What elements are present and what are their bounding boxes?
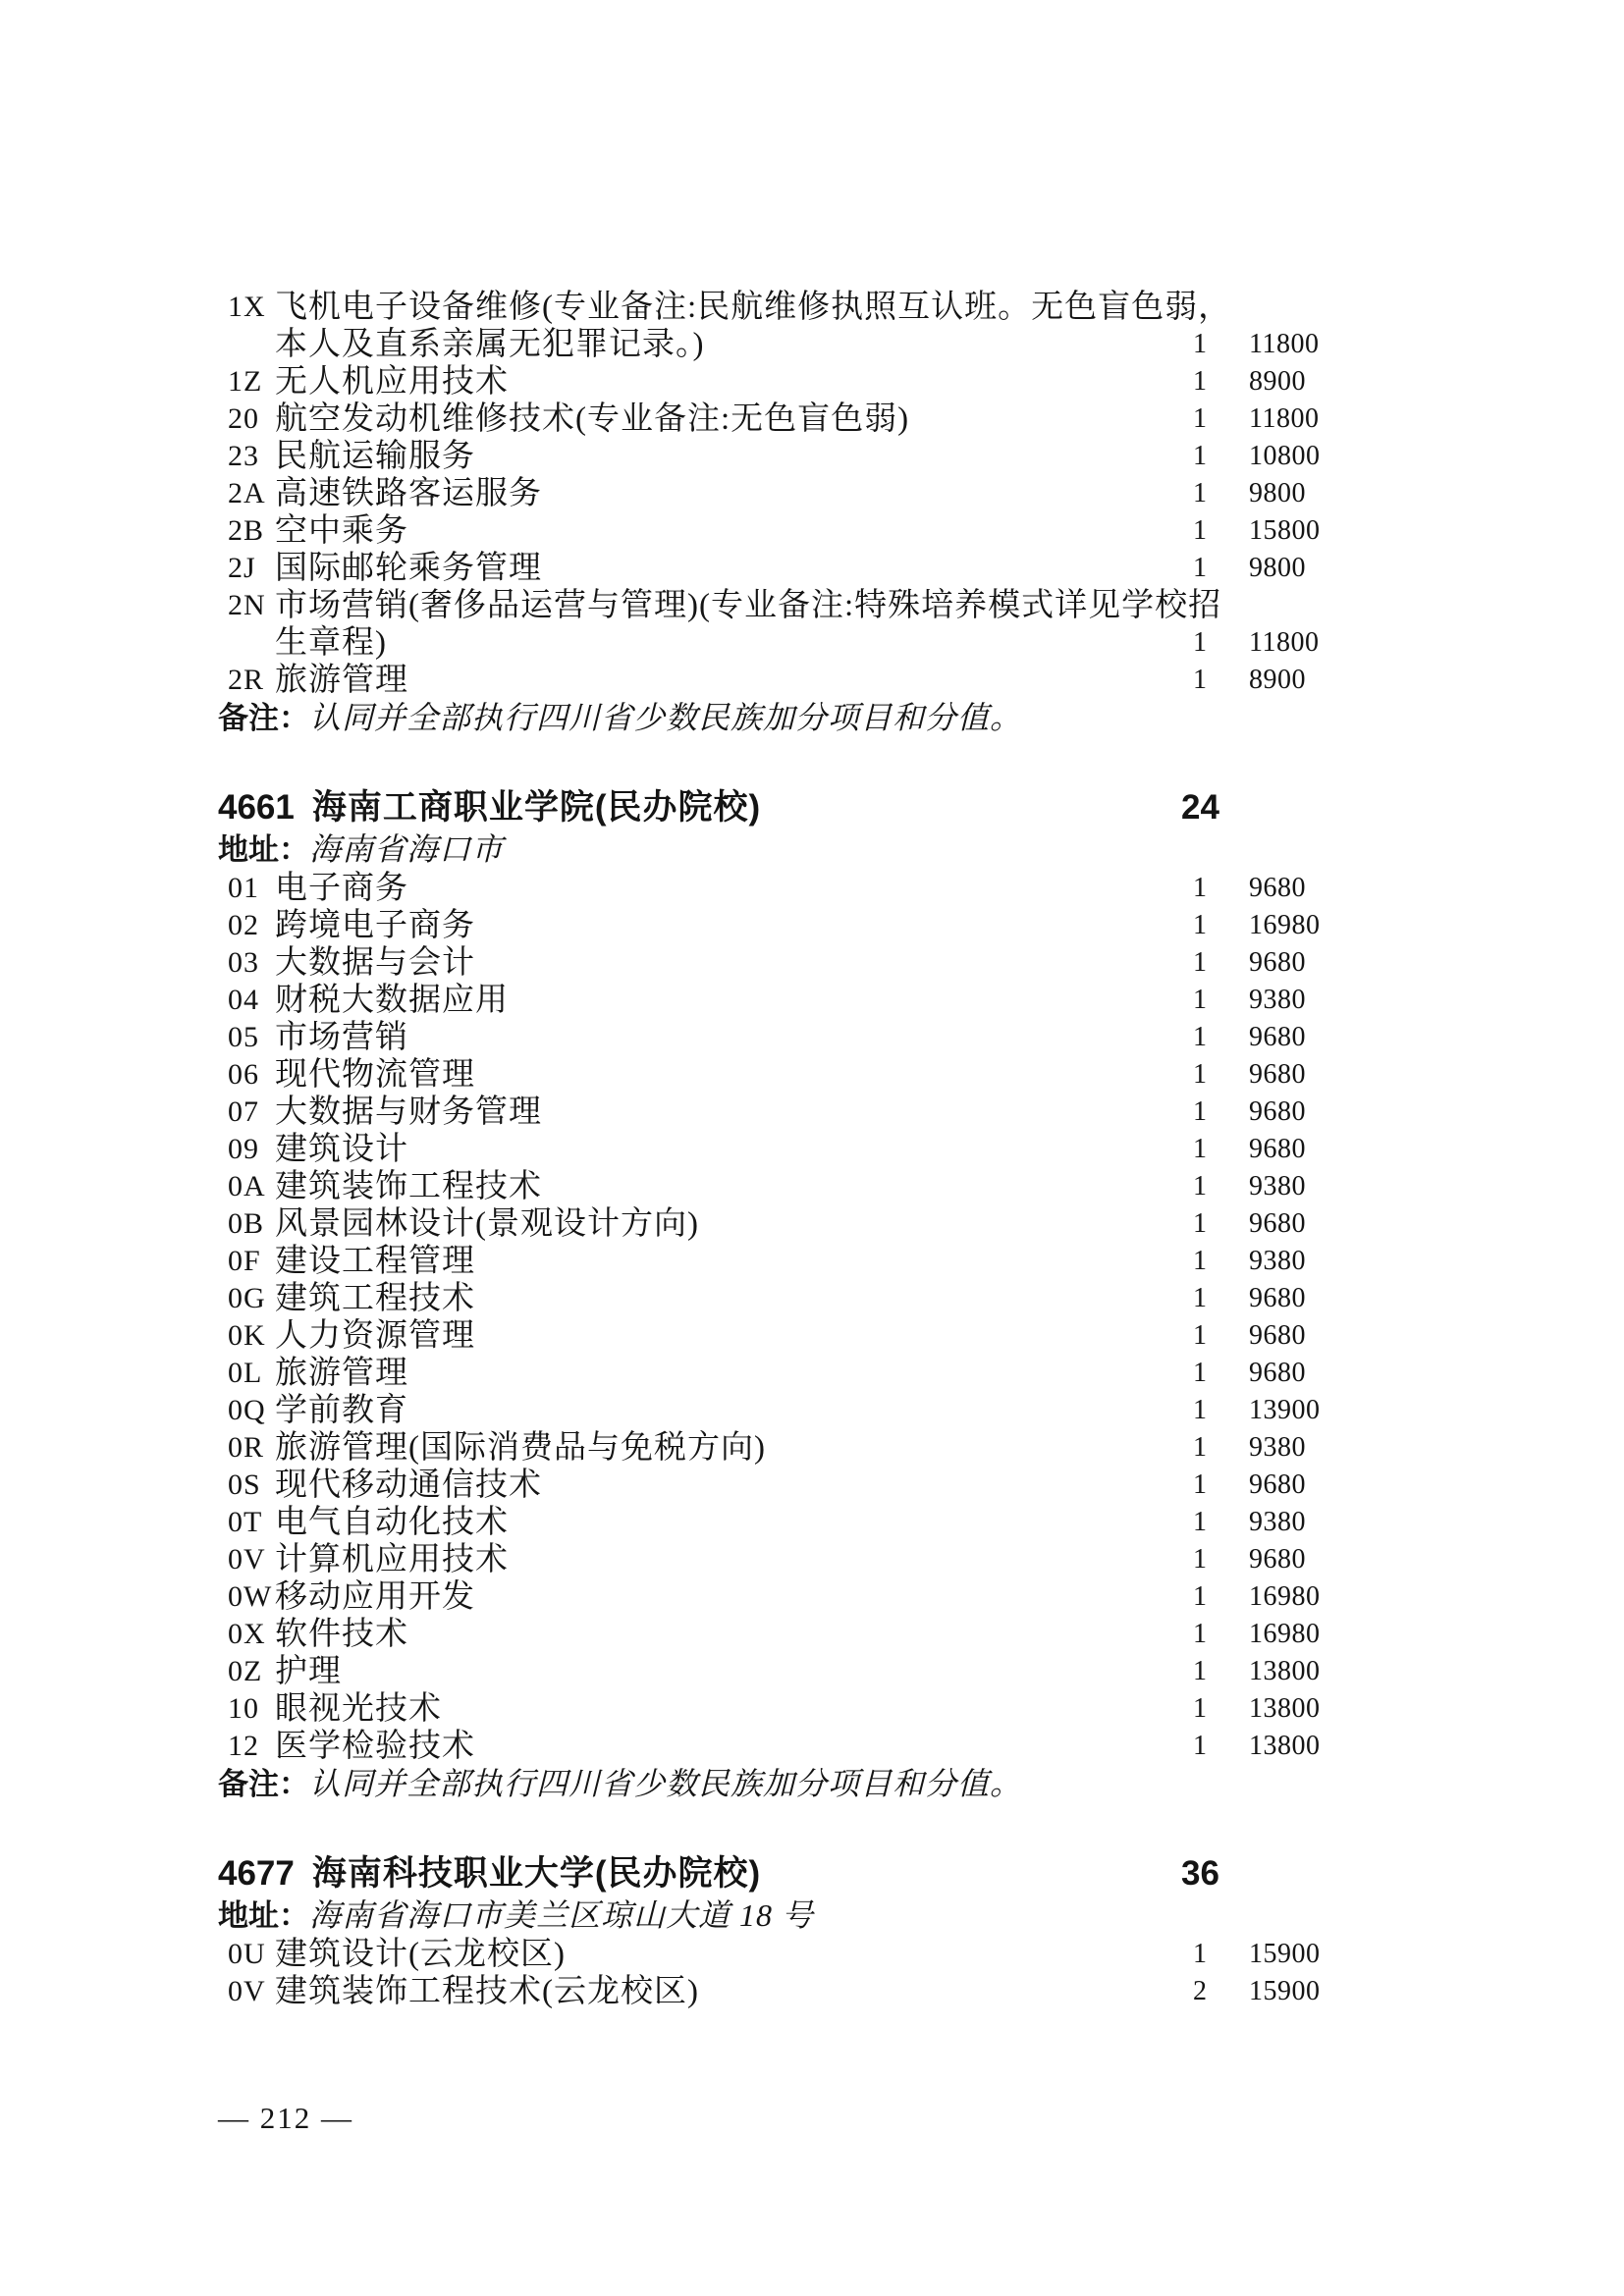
major-name: 市场营销 <box>275 1019 1624 1056</box>
major-name: 医学检验技术 <box>275 1728 1624 1765</box>
plan-count: 1 <box>1185 512 1215 550</box>
major-code: 0R <box>228 1429 264 1467</box>
tuition-fee: 8900 <box>1249 662 1306 699</box>
plan-count: 1 <box>1185 907 1215 944</box>
major-code: 1X <box>228 289 266 326</box>
school-section-4677: 4677海南科技职业大学(民办院校)36 地址：海南省海口市美兰区琼山大道 18… <box>0 1852 1624 2010</box>
major-code: 02 <box>228 907 259 944</box>
major-name: 眼视光技术 <box>275 1690 1624 1728</box>
plan-count: 1 <box>1185 475 1215 512</box>
major-row: 06 现代物流管理 1 9680 <box>228 1056 1624 1094</box>
school-code: 4677 <box>218 1854 295 1893</box>
tuition-fee: 9680 <box>1249 1317 1306 1355</box>
major-code: 2N <box>228 587 266 624</box>
major-name: 电气自动化技术 <box>275 1504 1624 1541</box>
major-row: 0V 建筑装饰工程技术(云龙校区) 2 15900 <box>228 1973 1624 2010</box>
plan-count: 2 <box>1185 1973 1215 2010</box>
address: 地址：海南省海口市美兰区琼山大道 18 号 <box>218 1896 1624 1936</box>
plan-count: 1 <box>1185 870 1215 907</box>
major-name: 现代移动通信技术 <box>275 1467 1624 1504</box>
plan-count: 1 <box>1185 400 1215 438</box>
tuition-fee: 8900 <box>1249 363 1306 400</box>
tuition-fee: 9680 <box>1249 1280 1306 1317</box>
major-name: 建筑工程技术 <box>275 1280 1624 1317</box>
major-code: 05 <box>228 1019 259 1056</box>
major-row: 0T 电气自动化技术 1 9380 <box>228 1504 1624 1541</box>
school-plan-total: 36 <box>1181 1852 1219 1896</box>
plan-count: 1 <box>1185 1355 1215 1392</box>
plan-count: 1 <box>1185 1392 1215 1429</box>
note-label: 备注： <box>218 1767 309 1801</box>
major-code: 12 <box>228 1728 259 1765</box>
plan-count: 1 <box>1185 1541 1215 1578</box>
tuition-fee: 11800 <box>1249 326 1319 363</box>
major-row: 09 建筑设计 1 9680 <box>228 1131 1624 1168</box>
tuition-fee: 9380 <box>1249 1168 1306 1205</box>
major-name: 移动应用开发 <box>275 1578 1624 1616</box>
major-code: 0F <box>228 1243 261 1280</box>
school-code: 4661 <box>218 788 295 827</box>
tuition-fee: 11800 <box>1249 400 1319 438</box>
major-row: 0X 软件技术 1 16980 <box>228 1616 1624 1653</box>
tuition-fee: 9680 <box>1249 944 1306 982</box>
major-code: 07 <box>228 1094 259 1131</box>
major-row: 20 航空发动机维修技术(专业备注:无色盲色弱) 1 11800 <box>228 400 1624 438</box>
plan-count: 1 <box>1185 944 1215 982</box>
tuition-fee: 13800 <box>1249 1653 1321 1690</box>
major-name: 建筑设计(云龙校区) <box>275 1936 1624 1973</box>
tuition-fee: 9680 <box>1249 1355 1306 1392</box>
plan-count: 1 <box>1185 1317 1215 1355</box>
tuition-fee: 9380 <box>1249 1504 1306 1541</box>
plan-count: 1 <box>1185 1280 1215 1317</box>
major-name: 现代物流管理 <box>275 1056 1624 1094</box>
tuition-fee: 13900 <box>1249 1392 1321 1429</box>
major-name: 旅游管理 <box>275 1355 1624 1392</box>
plan-count: 1 <box>1185 1019 1215 1056</box>
tuition-fee: 9680 <box>1249 1467 1306 1504</box>
tuition-fee: 15900 <box>1249 1973 1321 2010</box>
major-code: 01 <box>228 870 259 907</box>
school-name: 海南科技职业大学(民办院校) <box>312 1854 761 1893</box>
major-code: 03 <box>228 944 259 982</box>
major-row: 0R 旅游管理(国际消费品与免税方向) 1 9380 <box>228 1429 1624 1467</box>
major-row: 03 大数据与会计 1 9680 <box>228 944 1624 982</box>
plan-count: 1 <box>1185 1653 1215 1690</box>
major-name: 大数据与财务管理 <box>275 1094 1624 1131</box>
major-row: 05 市场营销 1 9680 <box>228 1019 1624 1056</box>
major-code: 0Z <box>228 1653 262 1690</box>
major-code: 0Q <box>228 1392 266 1429</box>
major-name: 风景园林设计(景观设计方向) <box>275 1205 1624 1243</box>
major-code: 1Z <box>228 363 262 400</box>
tuition-fee: 16980 <box>1249 907 1321 944</box>
plan-count: 1 <box>1185 1616 1215 1653</box>
major-name: 旅游管理 <box>275 662 1624 699</box>
major-name: 民航运输服务 <box>275 438 1624 475</box>
major-row: 0F 建设工程管理 1 9380 <box>228 1243 1624 1280</box>
address-text: 海南省海口市美兰区琼山大道 18 号 <box>309 1897 814 1933</box>
tuition-fee: 9680 <box>1249 1094 1306 1131</box>
address-label: 地址： <box>218 1898 309 1933</box>
plan-count: 1 <box>1185 363 1215 400</box>
school-section-4661: 4661海南工商职业学院(民办院校)24 地址：海南省海口市 01 电子商务 1… <box>0 786 1624 1803</box>
major-name: 空中乘务 <box>275 512 1624 550</box>
plan-count: 1 <box>1185 1690 1215 1728</box>
tuition-fee: 9380 <box>1249 1429 1306 1467</box>
major-rows: 0U 建筑设计(云龙校区) 1 15900 0V 建筑装饰工程技术(云龙校区) … <box>228 1936 1624 2010</box>
school-name: 海南工商职业学院(民办院校) <box>312 788 761 827</box>
major-row: 2B 空中乘务 1 15800 <box>228 512 1624 550</box>
note-text: 认同并全部执行四川省少数民族加分项目和分值。 <box>309 1766 1022 1801</box>
tuition-fee: 9680 <box>1249 1131 1306 1168</box>
major-name: 市场营销(奢侈品运营与管理)(专业备注:特殊培养模式详见学校招生章程) <box>275 587 1624 662</box>
major-row: 0U 建筑设计(云龙校区) 1 15900 <box>228 1936 1624 1973</box>
tuition-fee: 9680 <box>1249 1205 1306 1243</box>
plan-count: 1 <box>1185 1056 1215 1094</box>
major-row: 04 财税大数据应用 1 9380 <box>228 982 1624 1019</box>
major-name: 建筑装饰工程技术 <box>275 1168 1624 1205</box>
major-code: 04 <box>228 982 259 1019</box>
plan-count: 1 <box>1185 982 1215 1019</box>
document-page: 1X 飞机电子设备维修(专业备注:民航维修执照互认班。无色盲色弱，本人及直系亲属… <box>0 0 1624 2296</box>
major-row: 0Z 护理 1 13800 <box>228 1653 1624 1690</box>
major-code: 2A <box>228 475 266 512</box>
major-code: 0T <box>228 1504 262 1541</box>
major-code: 0V <box>228 1973 266 2010</box>
major-row: 0L 旅游管理 1 9680 <box>228 1355 1624 1392</box>
major-name: 软件技术 <box>275 1616 1624 1653</box>
tuition-fee: 9800 <box>1249 475 1306 512</box>
page-content: 1X 飞机电子设备维修(专业备注:民航维修执照互认班。无色盲色弱，本人及直系亲属… <box>0 0 1624 2010</box>
major-name: 建筑设计 <box>275 1131 1624 1168</box>
plan-count: 1 <box>1185 662 1215 699</box>
major-name: 高速铁路客运服务 <box>275 475 1624 512</box>
tuition-fee: 9380 <box>1249 982 1306 1019</box>
major-code: 0L <box>228 1355 262 1392</box>
tuition-fee: 9680 <box>1249 1019 1306 1056</box>
major-code: 23 <box>228 438 259 475</box>
major-name: 跨境电子商务 <box>275 907 1624 944</box>
major-row: 0S 现代移动通信技术 1 9680 <box>228 1467 1624 1504</box>
plan-count: 1 <box>1185 1243 1215 1280</box>
major-name: 学前教育 <box>275 1392 1624 1429</box>
major-name: 旅游管理(国际消费品与免税方向) <box>275 1429 1624 1467</box>
major-name: 财税大数据应用 <box>275 982 1624 1019</box>
tuition-fee: 9680 <box>1249 1056 1306 1094</box>
major-row: 0A 建筑装饰工程技术 1 9380 <box>228 1168 1624 1205</box>
plan-count: 1 <box>1185 1467 1215 1504</box>
tuition-fee: 9380 <box>1249 1243 1306 1280</box>
major-code: 0G <box>228 1280 266 1317</box>
major-row: 02 跨境电子商务 1 16980 <box>228 907 1624 944</box>
address-text: 海南省海口市 <box>309 831 504 867</box>
major-code: 2B <box>228 512 264 550</box>
school-plan-total: 24 <box>1181 786 1219 829</box>
major-code: 2R <box>228 662 264 699</box>
tuition-fee: 15800 <box>1249 512 1321 550</box>
major-row: 12 医学检验技术 1 13800 <box>228 1728 1624 1765</box>
major-row: 10 眼视光技术 1 13800 <box>228 1690 1624 1728</box>
plan-count: 1 <box>1185 1936 1215 1973</box>
major-code: 06 <box>228 1056 259 1094</box>
major-row: 0W 移动应用开发 1 16980 <box>228 1578 1624 1616</box>
note-label: 备注： <box>218 701 309 735</box>
major-name: 人力资源管理 <box>275 1317 1624 1355</box>
plan-count: 1 <box>1185 1728 1215 1765</box>
plan-count: 1 <box>1185 624 1215 662</box>
tuition-fee: 9800 <box>1249 550 1306 587</box>
plan-count: 1 <box>1185 1168 1215 1205</box>
tuition-fee: 16980 <box>1249 1616 1321 1653</box>
plan-count: 1 <box>1185 1205 1215 1243</box>
major-row: 0K 人力资源管理 1 9680 <box>228 1317 1624 1355</box>
plan-count: 1 <box>1185 1131 1215 1168</box>
major-row: 0Q 学前教育 1 13900 <box>228 1392 1624 1429</box>
plan-count: 1 <box>1185 1504 1215 1541</box>
page-number: — 212 — <box>218 2101 353 2136</box>
major-row: 1Z 无人机应用技术 1 8900 <box>228 363 1624 400</box>
note-text: 认同并全部执行四川省少数民族加分项目和分值。 <box>309 700 1022 735</box>
major-name: 计算机应用技术 <box>275 1541 1624 1578</box>
major-name: 无人机应用技术 <box>275 363 1624 400</box>
major-rows: 01 电子商务 1 9680 02 跨境电子商务 1 16980 03 大数据与… <box>228 870 1624 1765</box>
major-name: 航空发动机维修技术(专业备注:无色盲色弱) <box>275 400 1624 438</box>
major-name: 国际邮轮乘务管理 <box>275 550 1624 587</box>
school-header: 4661海南工商职业学院(民办院校)24 <box>218 786 1624 829</box>
major-code: 0S <box>228 1467 261 1504</box>
plan-count: 1 <box>1185 1429 1215 1467</box>
tuition-fee: 16980 <box>1249 1578 1321 1616</box>
plan-count: 1 <box>1185 1094 1215 1131</box>
major-name: 建设工程管理 <box>275 1243 1624 1280</box>
major-row: 01 电子商务 1 9680 <box>228 870 1624 907</box>
major-code: 0K <box>228 1317 266 1355</box>
tuition-fee: 11800 <box>1249 624 1319 662</box>
major-code: 0V <box>228 1541 266 1578</box>
plan-count: 1 <box>1185 438 1215 475</box>
major-row: 0G 建筑工程技术 1 9680 <box>228 1280 1624 1317</box>
major-rows: 1X 飞机电子设备维修(专业备注:民航维修执照互认班。无色盲色弱，本人及直系亲属… <box>228 289 1624 699</box>
address-label: 地址： <box>218 832 309 867</box>
school-section-continued: 1X 飞机电子设备维修(专业备注:民航维修执照互认班。无色盲色弱，本人及直系亲属… <box>0 289 1624 737</box>
plan-count: 1 <box>1185 550 1215 587</box>
note: 备注：认同并全部执行四川省少数民族加分项目和分值。 <box>218 1765 1624 1803</box>
tuition-fee: 15900 <box>1249 1936 1321 1973</box>
major-code: 0B <box>228 1205 264 1243</box>
major-row: 2A 高速铁路客运服务 1 9800 <box>228 475 1624 512</box>
tuition-fee: 9680 <box>1249 1541 1306 1578</box>
plan-count: 1 <box>1185 1578 1215 1616</box>
major-code: 20 <box>228 400 259 438</box>
major-code: 0X <box>228 1616 266 1653</box>
tuition-fee: 13800 <box>1249 1728 1321 1765</box>
major-code: 0W <box>228 1578 272 1616</box>
major-code: 0A <box>228 1168 266 1205</box>
major-row: 2J 国际邮轮乘务管理 1 9800 <box>228 550 1624 587</box>
school-header: 4677海南科技职业大学(民办院校)36 <box>218 1852 1624 1896</box>
major-row: 2R 旅游管理 1 8900 <box>228 662 1624 699</box>
major-name: 电子商务 <box>275 870 1624 907</box>
major-row: 0B 风景园林设计(景观设计方向) 1 9680 <box>228 1205 1624 1243</box>
major-row: 2N 市场营销(奢侈品运营与管理)(专业备注:特殊培养模式详见学校招生章程) 1… <box>228 587 1624 662</box>
major-name: 建筑装饰工程技术(云龙校区) <box>275 1973 1624 2010</box>
major-code: 09 <box>228 1131 259 1168</box>
major-row: 23 民航运输服务 1 10800 <box>228 438 1624 475</box>
major-row: 0V 计算机应用技术 1 9680 <box>228 1541 1624 1578</box>
major-row: 07 大数据与财务管理 1 9680 <box>228 1094 1624 1131</box>
address: 地址：海南省海口市 <box>218 829 1624 870</box>
major-code: 2J <box>228 550 256 587</box>
major-code: 10 <box>228 1690 259 1728</box>
tuition-fee: 13800 <box>1249 1690 1321 1728</box>
major-name: 护理 <box>275 1653 1624 1690</box>
major-name: 飞机电子设备维修(专业备注:民航维修执照互认班。无色盲色弱，本人及直系亲属无犯罪… <box>275 289 1624 363</box>
major-name: 大数据与会计 <box>275 944 1624 982</box>
note: 备注：认同并全部执行四川省少数民族加分项目和分值。 <box>218 699 1624 737</box>
major-code: 0U <box>228 1936 266 1973</box>
plan-count: 1 <box>1185 326 1215 363</box>
tuition-fee: 9680 <box>1249 870 1306 907</box>
tuition-fee: 10800 <box>1249 438 1321 475</box>
major-row: 1X 飞机电子设备维修(专业备注:民航维修执照互认班。无色盲色弱，本人及直系亲属… <box>228 289 1624 363</box>
